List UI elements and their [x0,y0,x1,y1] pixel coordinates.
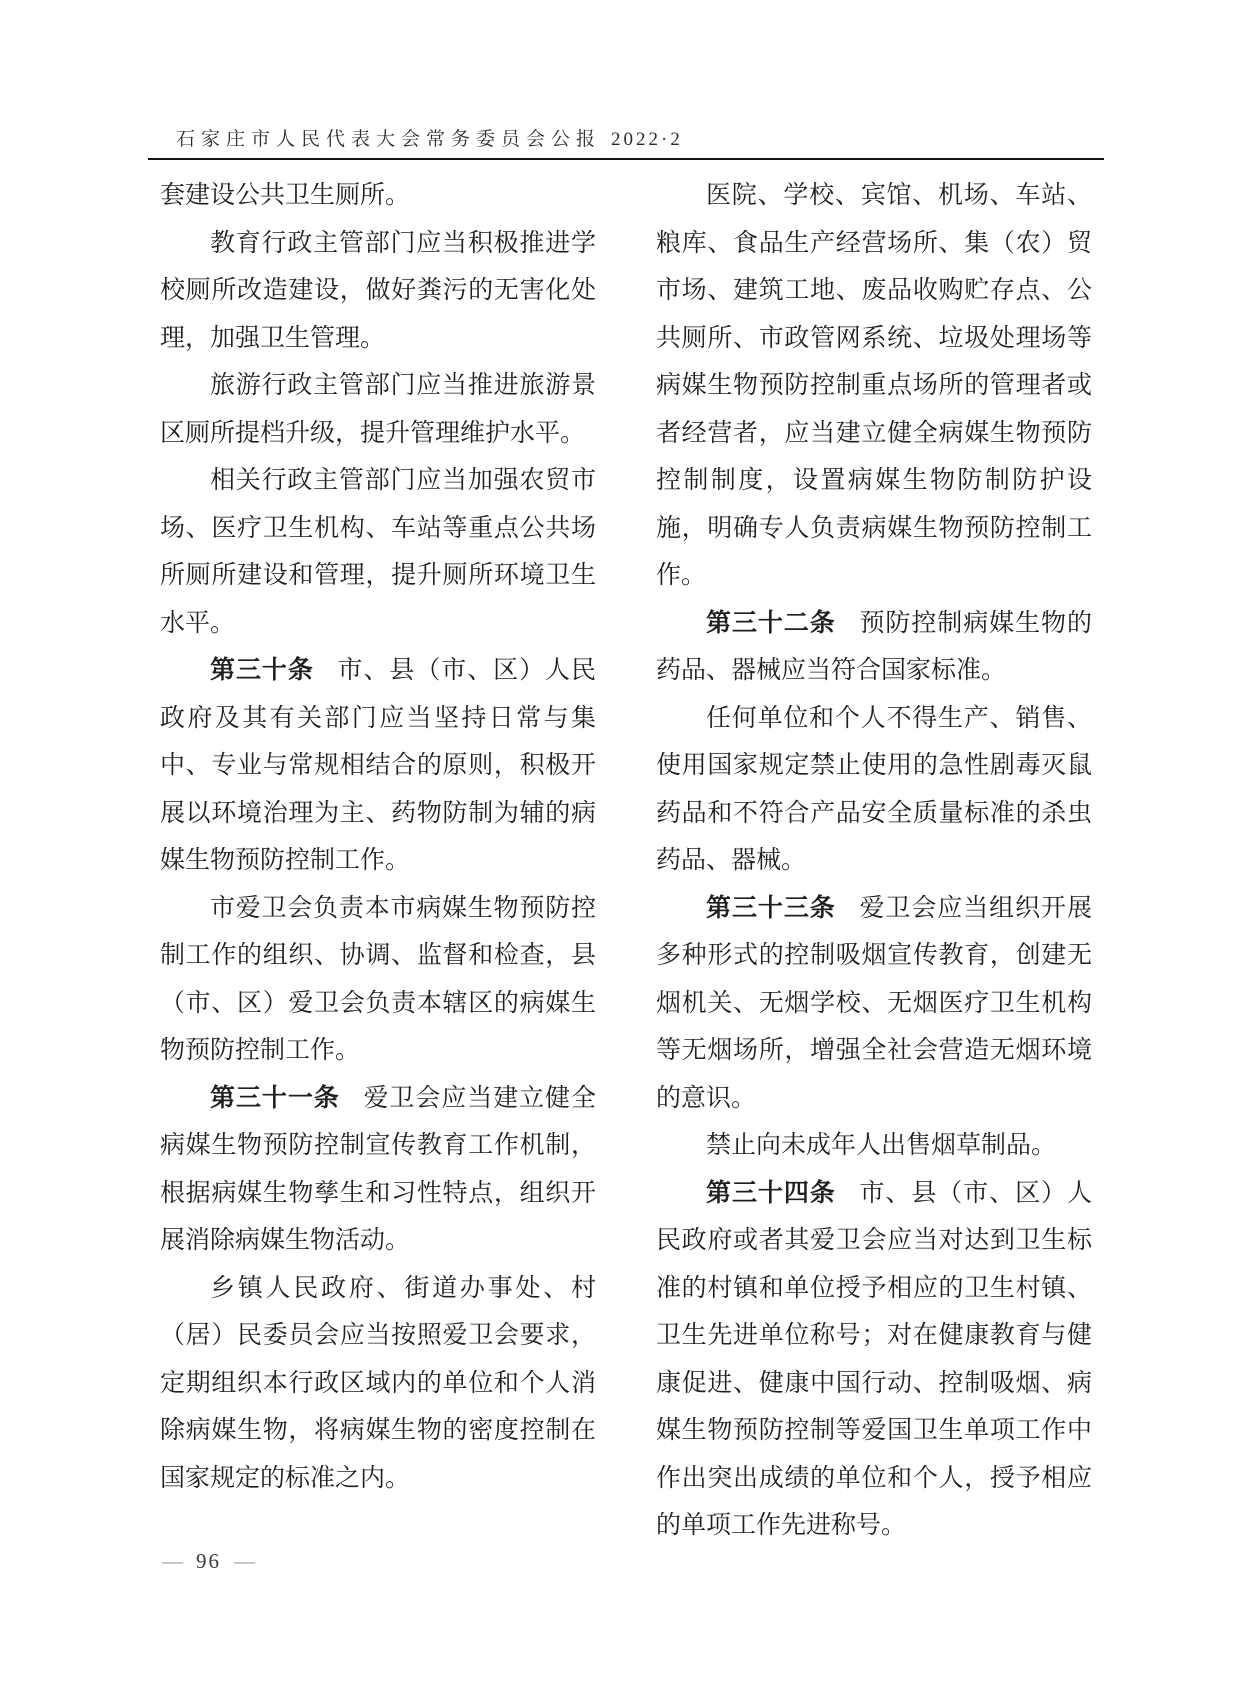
article-number-heading: 第三十四条 [706,1179,836,1207]
article-number-heading: 第三十一条 [210,1084,340,1112]
article-number-heading: 第三十三条 [706,894,836,922]
left-column-paragraph-8: 乡镇人民政府、街道办事处、村（居）民委员会应当按照爱卫会要求，定期组织本行政区域… [160,1265,596,1503]
gazette-page: 石家庄市人民代表大会常务委员会公报2022·2 套建设公共卫生厕所。教育行政主管… [0,0,1240,1700]
page-body: 套建设公共卫生厕所。教育行政主管部门应当积极推进学校厕所改造建设，做好粪污的无害… [160,172,1092,1550]
paragraph-text: 医院、学校、宾馆、机场、车站、粮库、食品生产经营场所、集（农）贸市场、建筑工地、… [656,182,1092,589]
header-divider-rule [148,158,1104,160]
left-column-paragraph-4: 相关行政主管部门应当加强农贸市场、医疗卫生机构、车站等重点公共场所厕所建设和管理… [160,457,596,647]
gazette-title: 石家庄市人民代表大会常务委员会公报 [176,129,601,150]
left-column-paragraph-7: 第三十一条爱卫会应当建立健全病媒生物预防控制宣传教育工作机制，根据病媒生物孳生和… [160,1075,596,1265]
paragraph-text: 市爱卫会负责本市病媒生物预防控制工作的组织、协调、监督和检查，县（市、区）爱卫会… [160,895,596,1065]
paragraph-text: 任何单位和个人不得生产、销售、使用国家规定禁止使用的急性剧毒灭鼠药品和不符合产品… [656,705,1092,875]
paragraph-text: 教育行政主管部门应当积极推进学校厕所改造建设，做好粪污的无害化处理，加强卫生管理… [160,230,596,352]
left-column-paragraph-1: 套建设公共卫生厕所。 [160,172,596,220]
left-column-paragraph-3: 旅游行政主管部门应当推进旅游景区厕所提档升级，提升管理维护水平。 [160,362,596,457]
article-number-heading: 第三十条 [210,656,314,684]
paragraph-text: 禁止向未成年人出售烟草制品。 [706,1132,1056,1159]
right-column-paragraph-5: 禁止向未成年人出售烟草制品。 [656,1122,1092,1170]
left-column-paragraph-2: 教育行政主管部门应当积极推进学校厕所改造建设，做好粪污的无害化处理，加强卫生管理… [160,220,596,363]
paragraph-text: 相关行政主管部门应当加强农贸市场、医疗卫生机构、车站等重点公共场所厕所建设和管理… [160,467,596,637]
gazette-issue-number: 2022·2 [611,129,683,150]
page-header: 石家庄市人民代表大会常务委员会公报2022·2 [176,124,683,151]
right-column: 医院、学校、宾馆、机场、车站、粮库、食品生产经营场所、集（农）贸市场、建筑工地、… [656,172,1092,1550]
paragraph-text: 爱卫会应当组织开展多种形式的控制吸烟宣传教育，创建无烟机关、无烟学校、无烟医疗卫… [656,895,1092,1112]
right-column-paragraph-4: 第三十三条爱卫会应当组织开展多种形式的控制吸烟宣传教育，创建无烟机关、无烟学校、… [656,885,1092,1123]
left-column-paragraph-5: 第三十条市、县（市、区）人民政府及其有关部门应当坚持日常与集中、专业与常规相结合… [160,647,596,885]
paragraph-text: 市、县（市、区）人民政府或者其爱卫会应当对达到卫生标准的村镇和单位授予相应的卫生… [656,1180,1092,1540]
paragraph-text: 套建设公共卫生厕所。 [160,182,410,209]
paragraph-text: 旅游行政主管部门应当推进旅游景区厕所提档升级，提升管理维护水平。 [160,372,596,447]
right-column-paragraph-3: 任何单位和个人不得生产、销售、使用国家规定禁止使用的急性剧毒灭鼠药品和不符合产品… [656,695,1092,885]
footer-left-dash: — [162,1549,183,1574]
left-column-paragraph-6: 市爱卫会负责本市病媒生物预防控制工作的组织、协调、监督和检查，县（市、区）爱卫会… [160,885,596,1075]
right-column-paragraph-1: 医院、学校、宾馆、机场、车站、粮库、食品生产经营场所、集（农）贸市场、建筑工地、… [656,172,1092,600]
right-column-paragraph-6: 第三十四条市、县（市、区）人民政府或者其爱卫会应当对达到卫生标准的村镇和单位授予… [656,1170,1092,1550]
paragraph-text: 市、县（市、区）人民政府及其有关部门应当坚持日常与集中、专业与常规相结合的原则，… [160,657,596,874]
left-column: 套建设公共卫生厕所。教育行政主管部门应当积极推进学校厕所改造建设，做好粪污的无害… [160,172,596,1550]
article-number-heading: 第三十二条 [706,609,836,637]
page-number: 96 [196,1549,221,1574]
page-footer: — 96 — [162,1549,255,1574]
right-column-paragraph-2: 第三十二条预防控制病媒生物的药品、器械应当符合国家标准。 [656,600,1092,695]
footer-right-dash: — [234,1549,255,1574]
paragraph-text: 乡镇人民政府、街道办事处、村（居）民委员会应当按照爱卫会要求，定期组织本行政区域… [160,1275,596,1492]
